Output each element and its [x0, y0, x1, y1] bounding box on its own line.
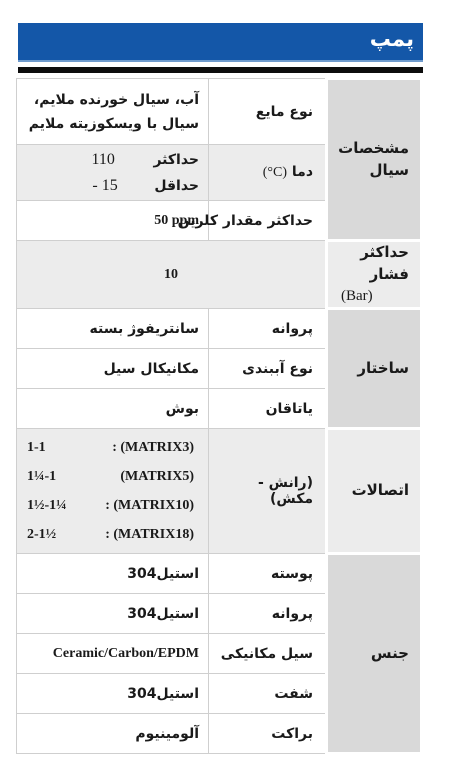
row-value-chlorine: 50 ppm: [17, 201, 209, 241]
value-line: سیال با ویسکوزیته ملایم: [29, 116, 199, 132]
page-title: پمپ: [370, 29, 414, 54]
row-value-liquid-type: آب، سیال خورنده ملایم، سیال با ویسکوزیته…: [17, 79, 209, 145]
section-cell-structure: ساختار: [327, 309, 422, 429]
pressure-unit: (Bar): [339, 286, 409, 308]
row-value-temperature: حداکثر 110 حداقل - 15: [17, 145, 209, 201]
row-value-bearing: بوش: [17, 389, 209, 429]
temp-min-value: - 15: [92, 173, 140, 199]
section-cell-max-pressure: حداکثر فشار (Bar): [327, 241, 422, 309]
temp-min-label: حداقل: [154, 173, 199, 199]
table-row: جنس پوسته استیل304: [17, 554, 422, 594]
connection-line: 1¼-1 (MATRIX5): [27, 462, 194, 491]
section-cell-fluid-specs: مشخصات سیال: [327, 79, 422, 241]
row-value-connections: 1-1 : (MATRIX3) 1¼-1 (MATRIX5) 1½-1¼ : (…: [17, 429, 209, 554]
row-value-mechanical-seal: Ceramic/Carbon/EPDM: [17, 634, 209, 674]
row-value-sealing: مکانیکال سیل: [17, 349, 209, 389]
temp-max-label: حداکثر: [153, 147, 199, 173]
table-row: مشخصات سیال نوع مایع آب، سیال خورنده ملا…: [17, 79, 422, 145]
spec-table: مشخصات سیال نوع مایع آب، سیال خورنده ملا…: [16, 77, 423, 755]
row-value-impeller-material: استیل304: [17, 594, 209, 634]
section-label: حداکثر فشار: [360, 243, 409, 283]
temp-max-value: 110: [91, 147, 139, 173]
row-value-casing: استیل304: [17, 554, 209, 594]
table-row: حداکثر فشار (Bar) 10: [17, 241, 422, 309]
section-cell-material: جنس: [327, 554, 422, 754]
row-label-chlorine: حداکثر مقدار کلرین: [209, 201, 327, 241]
connection-line: 2-1½ : (MATRIX18): [27, 520, 194, 549]
table-row: ساختار پروانه سانتریفوژ بسته: [17, 309, 422, 349]
row-value-shaft: استیل304: [17, 674, 209, 714]
section-label: سیال: [369, 161, 409, 179]
connection-line: 1-1 : (MATRIX3): [27, 433, 194, 462]
row-label-sealing: نوع آببندی: [209, 349, 327, 389]
header-divider: [18, 67, 423, 73]
row-label-bracket: براکت: [209, 714, 327, 754]
section-label: مشخصات: [338, 139, 409, 157]
temperature-unit: (°C): [263, 165, 287, 180]
connection-line: 1½-1¼ : (MATRIX10): [27, 491, 194, 520]
title-bar: پمپ: [18, 23, 423, 62]
row-label-mechanical-seal: سیل مکانیکی: [209, 634, 327, 674]
row-value-max-pressure: 10: [17, 241, 327, 309]
row-label-shaft: شفت: [209, 674, 327, 714]
row-label-impeller-material: پروانه: [209, 594, 327, 634]
table-row: اتصالات (رانش - مکش) 1-1 : (MATRIX3) 1¼-…: [17, 429, 422, 554]
section-cell-connections: اتصالات: [327, 429, 422, 554]
row-value-bracket: آلومینیوم: [17, 714, 209, 754]
value-line: آب، سیال خورنده ملایم،: [34, 92, 199, 108]
row-label-bearing: یاتاقان: [209, 389, 327, 429]
row-label-casing: پوسته: [209, 554, 327, 594]
row-label-impeller: پروانه: [209, 309, 327, 349]
row-value-impeller: سانتریفوژ بسته: [17, 309, 209, 349]
row-label-connections: (رانش - مکش): [209, 429, 327, 554]
row-label-liquid-type: نوع مایع: [209, 79, 327, 145]
page: پمپ مشخصات سیال نوع مایع آب، سیال خورنده…: [0, 0, 450, 755]
row-label-temperature: دما (°C): [209, 145, 327, 201]
